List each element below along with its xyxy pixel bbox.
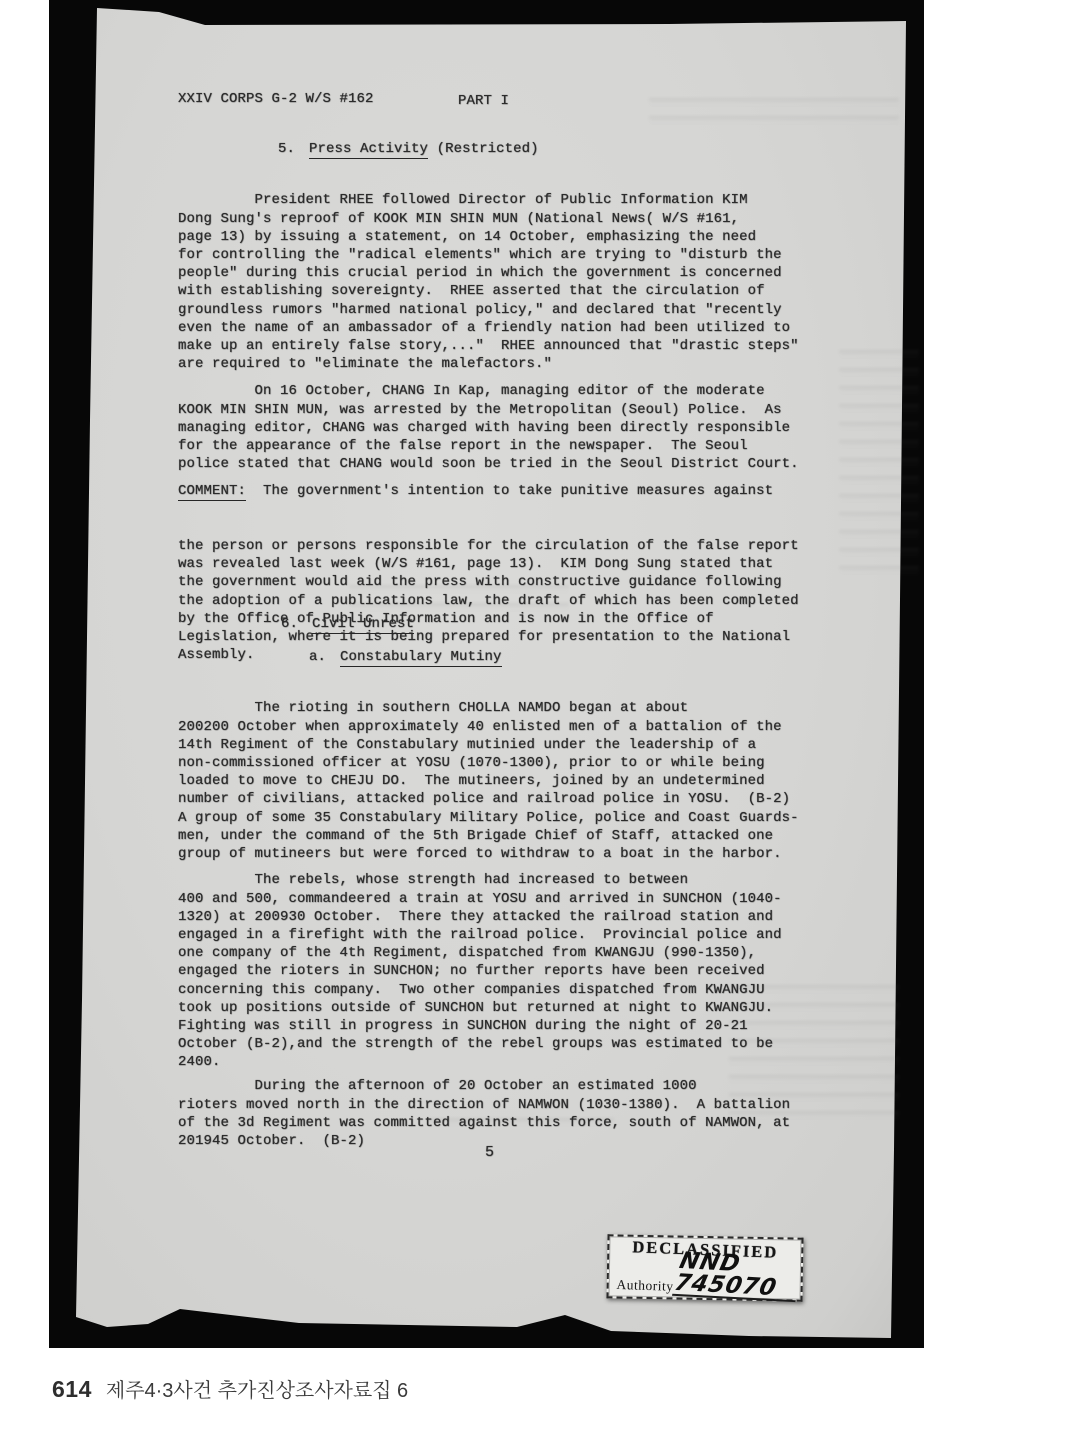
stamp-authority-handwritten-number: NND 745070 [672,1250,806,1302]
stamp-authority-label: Authority [616,1277,674,1298]
comment-label: COMMENT: [178,483,246,501]
book-footer-title: 제주4·3사건 추가진상조사자료집 6 [106,1374,408,1403]
document-header-left: XXIV CORPS G-2 W/S #162 [178,90,374,108]
comment-first-line-rest: The government's intention to take punit… [246,483,773,499]
book-page: { "colors": { "scan_background": "#07070… [0,0,1080,1439]
document-page-number: 5 [485,1144,494,1162]
scan-area: XXIV CORPS G-2 W/S #162 PART I 5.Press A… [49,0,924,1348]
document-header-right: PART I [458,92,509,110]
declassified-stamp: DECLASSIFIED Authority NND 745070 [606,1234,803,1301]
comment-first-line: COMMENT: The government's intention to t… [178,482,799,500]
civil-unrest-paragraph-3: During the afternoon of 20 October an es… [178,1041,790,1187]
book-footer: 614 제주4·3사건 추가진상조사자료집 6 [52,1374,408,1403]
book-footer-page-number: 614 [52,1376,92,1403]
